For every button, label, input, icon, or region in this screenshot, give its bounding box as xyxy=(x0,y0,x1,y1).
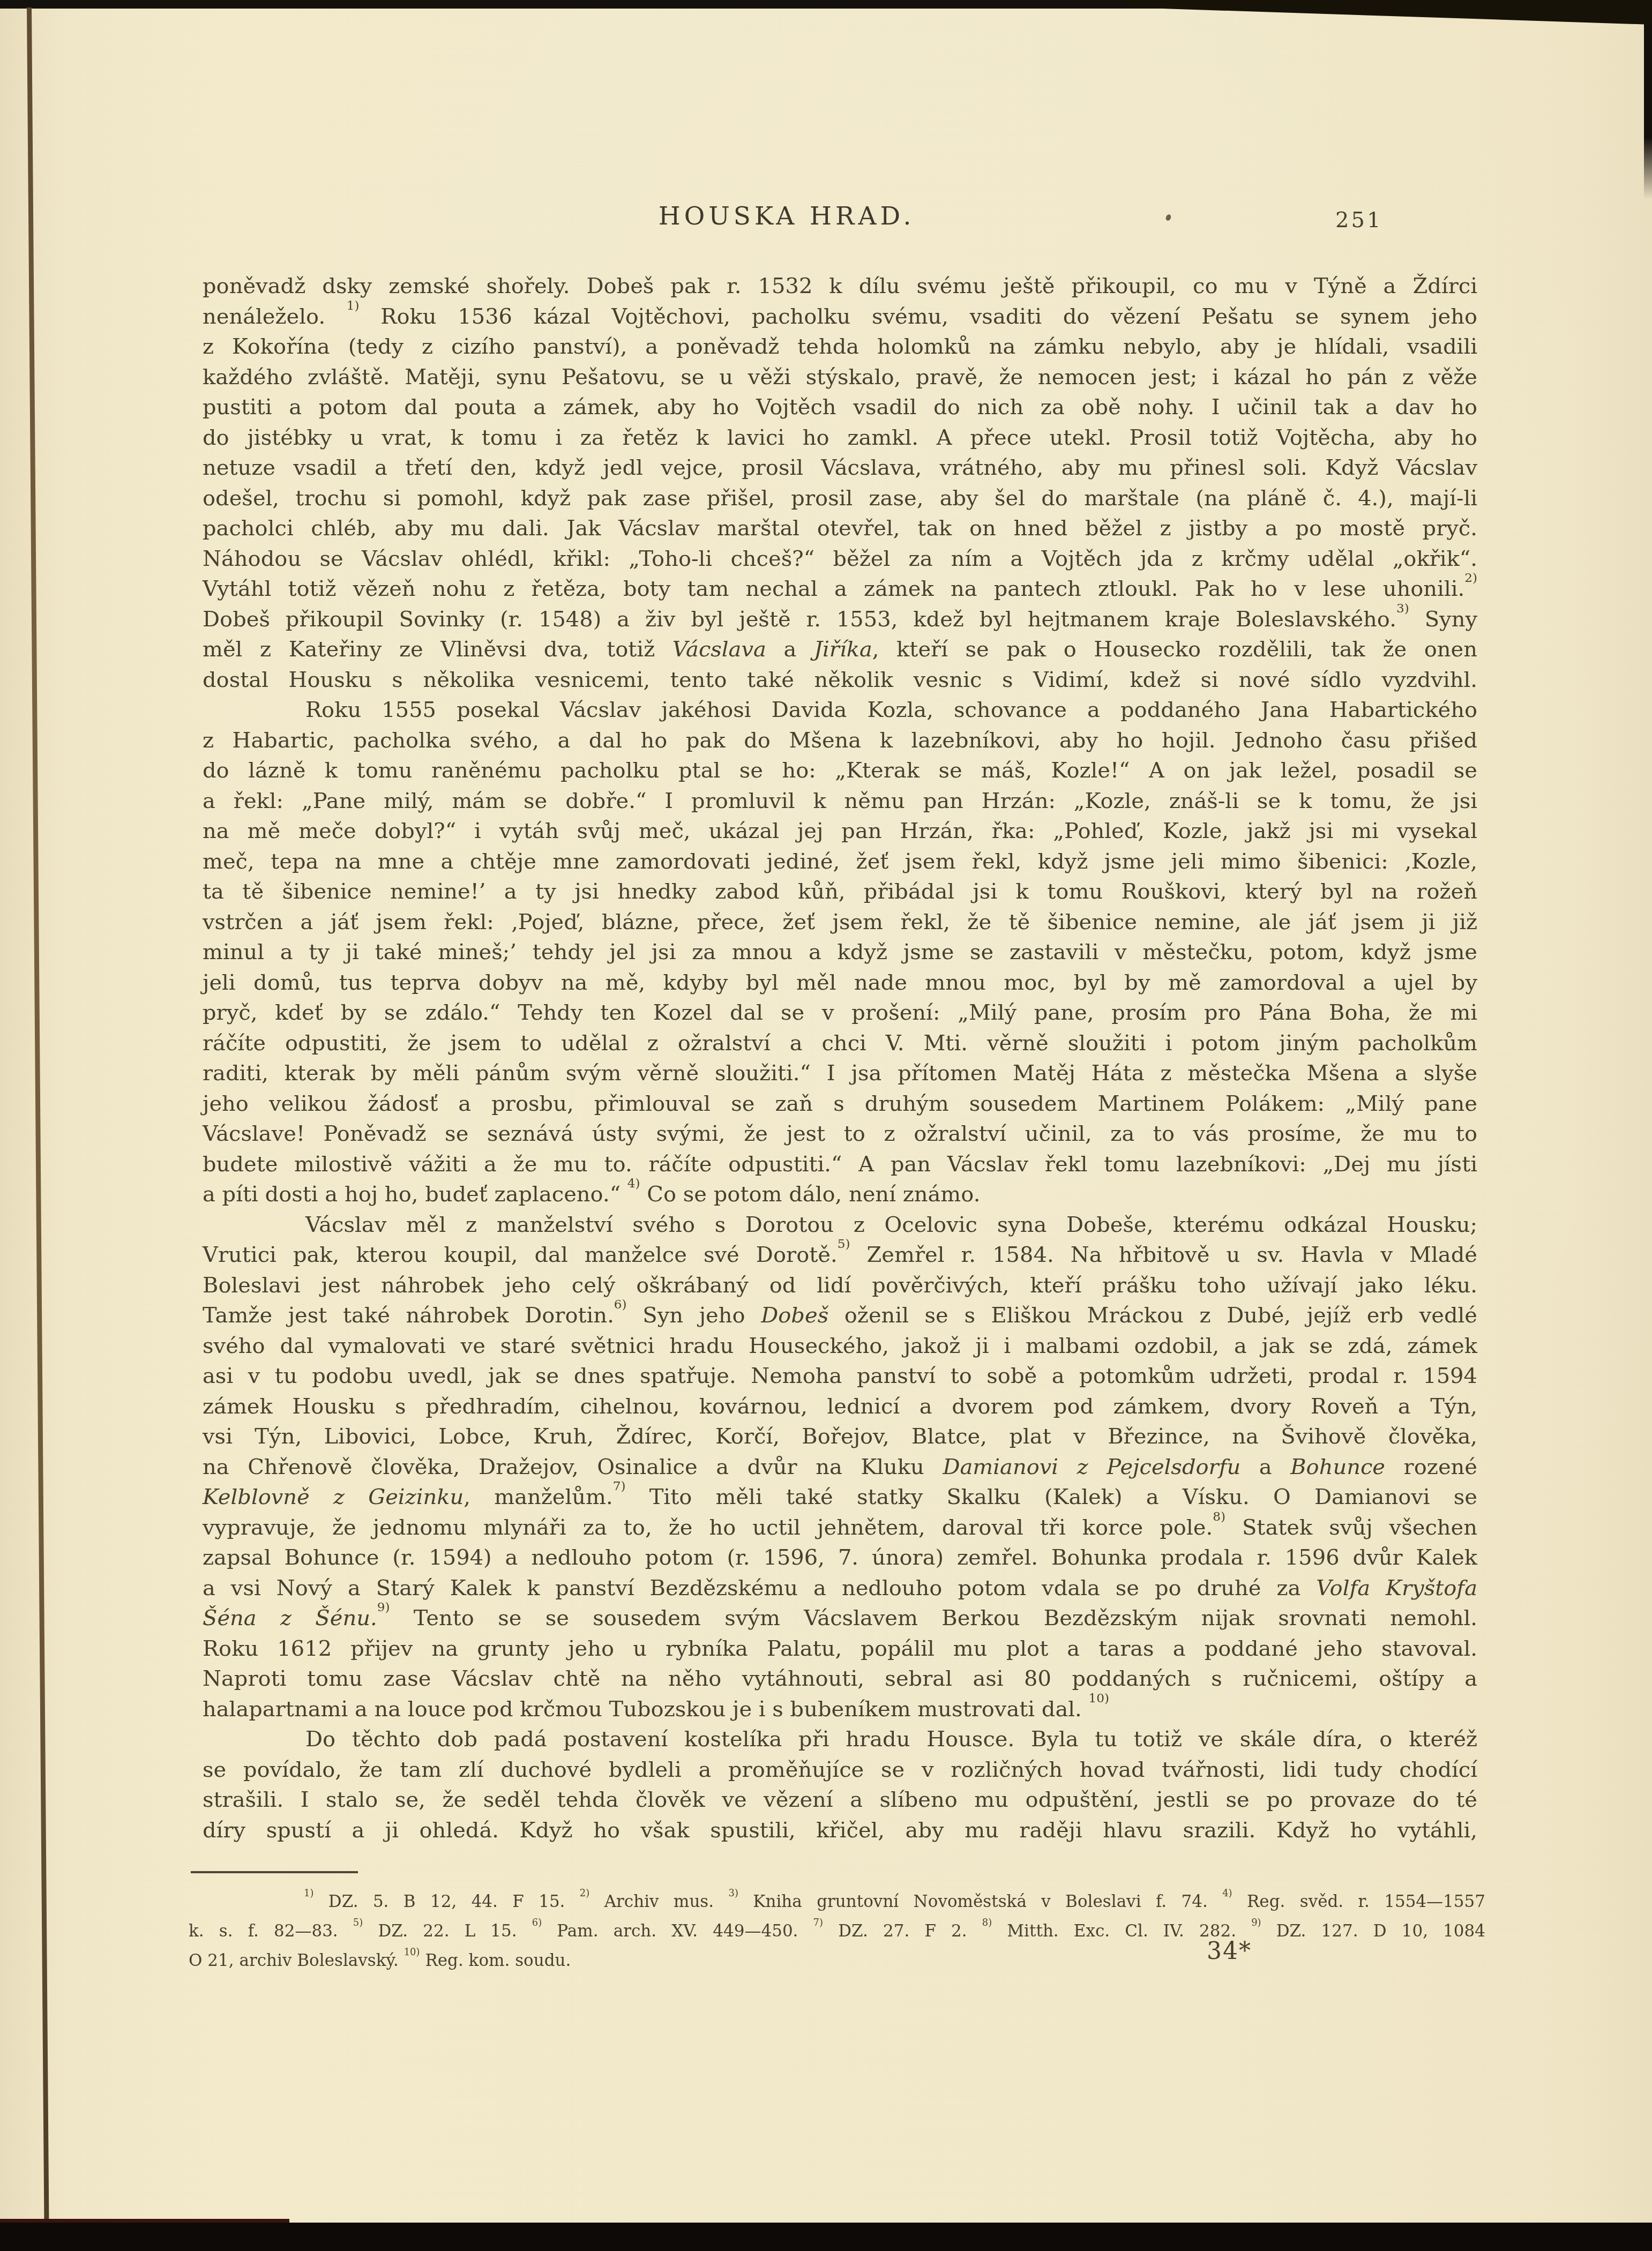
text-line: vstrčen a jáť jsem řekl: ‚Pojeď, blázne,… xyxy=(203,907,1477,938)
text-line: dostal Housku s několika vesnicemi, tent… xyxy=(203,665,1477,696)
text-line: na Chřenově člověka, Dražejov, Osinalice… xyxy=(203,1452,1477,1483)
scan-bottom-border xyxy=(0,2223,1652,2251)
text-line: zámek Housku s předhradím, cihelnou, kov… xyxy=(203,1392,1477,1422)
text-line: Vácslav měl z manželství svého s Dorotou… xyxy=(203,1210,1477,1240)
text-line: z Kokořína (tedy z cizího panství), a po… xyxy=(203,332,1477,362)
text-line: nenáleželo. 1) Roku 1536 kázal Vojtěchov… xyxy=(203,302,1477,332)
page-number: 251 xyxy=(1335,208,1382,233)
text-line: minul a ty ji také mineš;’ tehdy jel jsi… xyxy=(203,937,1477,968)
text-line: každého zvláště. Matěji, synu Pešatovu, … xyxy=(203,362,1477,393)
text-line: raditi, kterak by měli pánům svým věrně … xyxy=(203,1058,1477,1089)
text-line: zapsal Bohunce (r. 1594) a nedlouho poto… xyxy=(203,1543,1477,1573)
text-line: z Habartic, pacholka svého, a dal ho pak… xyxy=(203,726,1477,756)
text-line: Vácslave! Poněvadž se seznává ústy svými… xyxy=(203,1119,1477,1149)
text-line: vypravuje, že jednomu mlynáři za to, že … xyxy=(203,1513,1477,1543)
text-line: díry spustí a ji ohledá. Když ho však sp… xyxy=(203,1815,1477,1846)
text-line: pacholci chléb, aby mu dali. Jak Vácslav… xyxy=(203,513,1477,544)
text-line: Tamže jest také náhrobek Dorotin.6) Syn … xyxy=(203,1300,1477,1331)
text-line: do jistébky u vrat, k tomu i za řetěz k … xyxy=(203,423,1477,453)
text-line: Dobeš přikoupil Sovinky (r. 1548) a živ … xyxy=(203,604,1477,635)
footnote-divider xyxy=(191,1871,358,1873)
paragraph: Vácslav měl z manželství svého s Dorotou… xyxy=(203,1210,1477,1725)
scanned-book-page: HOUSKA HRAD. 251 poněvadž dsky zemské sh… xyxy=(0,0,1652,2251)
page-title: HOUSKA HRAD. xyxy=(203,201,1371,231)
text-line: měl z Kateřiny ze Vliněvsi dva, totiž Vá… xyxy=(203,634,1477,665)
signature-mark: 34* xyxy=(1207,1938,1252,1965)
text-line: jeho velikou žádosť a prosbu, přimlouval… xyxy=(203,1089,1477,1119)
text-line: Naproti tomu zase Vácslav chtě na něho v… xyxy=(203,1664,1477,1694)
scan-right-border xyxy=(1644,23,1652,199)
text-line: a píti dosti a hoj ho, budeť zaplaceno.“… xyxy=(203,1179,1477,1210)
text-line: ráčíte odpustiti, že jsem to udělal z ož… xyxy=(203,1028,1477,1059)
text-line: se povídalo, že tam zlí duchové bydleli … xyxy=(203,1755,1477,1785)
footnotes: 1) DZ. 5. B 12, 44. F 15. 2) Archiv mus.… xyxy=(189,1887,1485,1976)
text-line: Boleslavi jest náhrobek jeho celý oškráb… xyxy=(203,1270,1477,1301)
text-line: pustiti a potom dal pouta a zámek, aby h… xyxy=(203,392,1477,423)
paragraph: Do těchto dob padá postavení kostelíka p… xyxy=(203,1724,1477,1845)
paragraph: poněvadž dsky zemské shořely. Dobeš pak … xyxy=(203,271,1477,695)
body-text: poněvadž dsky zemské shořely. Dobeš pak … xyxy=(203,271,1477,1845)
text-line: ta tě šibenice nemine!’ a ty jsi hnedky … xyxy=(203,877,1477,907)
text-line: a vsi Nový a Starý Kalek k panství Bezdě… xyxy=(203,1573,1477,1604)
text-line: halapartnami a na louce pod krčmou Tuboz… xyxy=(203,1694,1477,1725)
text-line: jeli domů, tus teprva dobyv na mě, kdyby… xyxy=(203,968,1477,998)
text-line: Roku 1555 posekal Vácslav jakéhosi David… xyxy=(203,695,1477,726)
text-line: a řekl: „Pane milý, mám se dobře.“ I pro… xyxy=(203,786,1477,817)
text-line: svého dal vymalovati ve staré světnici h… xyxy=(203,1331,1477,1362)
text-line: na mě meče dobyl?“ i vytáh svůj meč, uká… xyxy=(203,816,1477,847)
text-line: pryč, kdeť by se zdálo.“ Tehdy ten Kozel… xyxy=(203,998,1477,1028)
text-line: Šéna z Šénu.9) Tento se se sousedem svým… xyxy=(203,1603,1477,1634)
text-line: strašili. I stalo se, že seděl tehda člo… xyxy=(203,1785,1477,1815)
text-line: asi v tu podobu uvedl, jak se dnes spatř… xyxy=(203,1361,1477,1392)
text-line: vsi Týn, Libovici, Lobce, Kruh, Ždírec, … xyxy=(203,1422,1477,1452)
text-line: Roku 1612 přijev na grunty jeho u rybník… xyxy=(203,1634,1477,1664)
text-line: Kelblovně z Geizinku, manželům.7) Tito m… xyxy=(203,1482,1477,1513)
text-line: netuze vsadil a třetí den, když jedl vej… xyxy=(203,453,1477,483)
text-line: odešel, trochu si pomohl, když pak zase … xyxy=(203,483,1477,514)
paragraph: 1) DZ. 5. B 12, 44. F 15. 2) Archiv mus.… xyxy=(189,1887,1485,1976)
text-line: 1) DZ. 5. B 12, 44. F 15. 2) Archiv mus.… xyxy=(189,1887,1485,1917)
text-line: poněvadž dsky zemské shořely. Dobeš pak … xyxy=(203,271,1477,302)
text-line: meč, tepa na mne a chtěje mne zamordovat… xyxy=(203,847,1477,877)
text-line: k. s. f. 82—83. 5) DZ. 22. L 15. 6) Pam.… xyxy=(189,1917,1485,1946)
text-line: do lázně k tomu raněnému pacholku ptal s… xyxy=(203,756,1477,786)
paragraph: Roku 1555 posekal Vácslav jakéhosi David… xyxy=(203,695,1477,1210)
text-line: Náhodou se Vácslav ohlédl, křikl: „Toho-… xyxy=(203,544,1477,574)
text-line: budete milostivě vážiti a že mu to. ráčí… xyxy=(203,1149,1477,1180)
text-line: Do těchto dob padá postavení kostelíka p… xyxy=(203,1724,1477,1755)
text-line: O 21, archiv Boleslavský. 10) Reg. kom. … xyxy=(189,1946,1485,1976)
text-line: Vytáhl totiž vězeň nohu z řetěza, boty t… xyxy=(203,574,1477,604)
text-line: Vrutici pak, kterou koupil, dal manželce… xyxy=(203,1240,1477,1270)
